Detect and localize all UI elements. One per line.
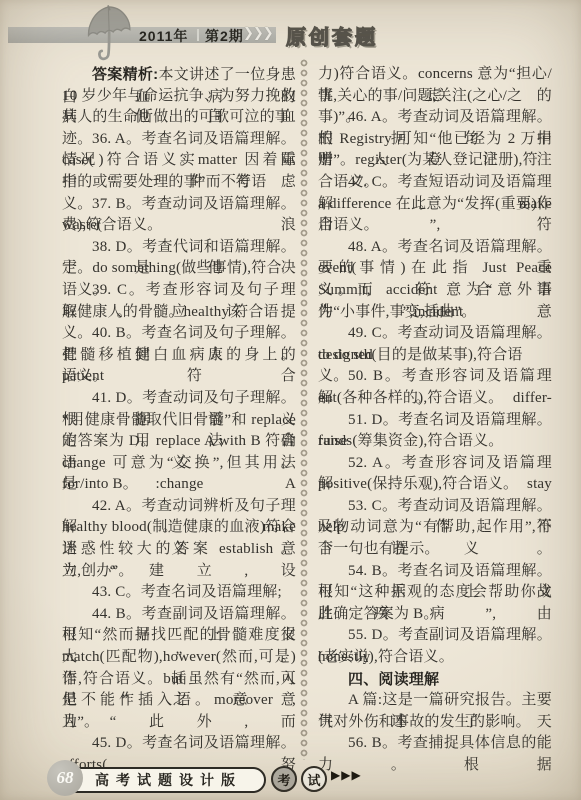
text-line: 42. A。考查动词辨析及句子理解。make — [62, 496, 296, 518]
text-line: 义。而 accident 意为“意外事件”,incident 意 — [318, 280, 552, 302]
footer-stamp-kao: 考 — [271, 766, 297, 792]
text-line: 但不能作插入语。moreover 意为“此外,而 — [62, 690, 296, 712]
right-column: 力)符合语义。concerns 意为“担心/忧虑的事,关心的事/问题,关注(之心… — [318, 64, 552, 755]
text-line: 事,关心的事/问题,关注(之心/之事)”。 — [318, 86, 552, 108]
text-line: 50. B。考查形容词及语篇理解。differ- — [318, 366, 552, 388]
text-line: 55. D。考查副词及语篇理解。honestly — [318, 625, 552, 647]
text-line: 及物动词意为“有帮助,起作用”,符合语义。 — [318, 517, 552, 539]
left-column: 答案精析:本文讲述了一位身患白血病的10 岁少年与命运抗争、为努力挽救其他白血病… — [62, 64, 296, 755]
text-line: 46. A。考查动词及语篇理解。根据句中 — [318, 107, 552, 129]
text-line: 的 Registry 可知“他已经为 2 万捐赠人登记注 — [318, 129, 552, 151]
text-line: positive(保持乐观),符合语义。 — [318, 474, 552, 496]
text-line: (老实说),符合语义。 — [318, 647, 552, 669]
footer-banner-label: 高考试题设计版 — [88, 770, 242, 790]
column-divider-ornament — [299, 58, 309, 760]
text-line: A 篇:这是一篇研究报告。主要讲述了天 — [318, 690, 552, 712]
triple-chevron-icon: ❯❯❯ — [243, 26, 273, 41]
text-line: 39. C。考查形容词及句子理解。应该提 — [62, 280, 296, 302]
text-line: 骨髓移植到白血病人的身上。patient 符合 — [62, 345, 296, 367]
header-separator — [197, 29, 199, 41]
umbrella-icon — [80, 0, 144, 65]
text-line: 答案精析:本文讲述了一位身患白血病的 — [62, 64, 296, 86]
text-line: 10 岁少年与命运抗争、为努力挽救其他白血 — [62, 86, 296, 108]
text-line: 中的或需要处理的事”而不符语义。 — [62, 172, 296, 194]
column-title: 原创套题 — [286, 21, 378, 50]
text-line: healthy blood(制造健康的血液)符合语义。 — [62, 517, 296, 539]
text-line: 53. C。考查动词及语篇理解。help 作不 — [318, 496, 552, 518]
page-number-badge: 68 — [47, 760, 83, 796]
text-line: funds(筹集资金),符合语义。 — [318, 431, 552, 453]
text-line: 41. D。考查动词及句子理解。根据语义 — [62, 388, 296, 410]
text-line: 取健康人的骨髓。healthy 符合语义。 — [62, 302, 296, 324]
text-line: 48. A。考查名词及语篇理解。event(重 — [318, 237, 552, 259]
text-line: 54. B。考查名词及语篇理解。根据上文 — [318, 561, 552, 583]
text-line: 44. B。考查副词及语篇理解。根据上文 — [62, 604, 296, 626]
text-line: 51. D。考查名词及语篇理解。raise — [318, 410, 552, 432]
text-line: 49. C。考查动词及语篇理解。designed — [318, 323, 552, 345]
text-line: 43. C。考查名词及语篇理解; — [62, 582, 296, 604]
magazine-page: 2011年 第2期 ❯❯❯ 原创套题 答案精析:本文讲述了一位身患白血病的10 … — [0, 0, 581, 800]
text-line: 册”。register(为某人登记注册),符合语义。 — [318, 150, 552, 172]
text-line: 40. B。考查名词及句子理解。把健康的 — [62, 323, 296, 345]
issue-number: 第2期 — [205, 26, 244, 46]
text-line: 情况)符合语义。matter 因着重指“一件考虑 — [62, 150, 296, 172]
text-line: 可知“这种乐观的态度会帮助你战胜疾病”,由 — [318, 582, 552, 604]
footer-banner: 高考试题设计版 — [64, 767, 266, 793]
text-line: 四、阅读理解 — [318, 669, 552, 691]
text-line: 47. C。考查短语动词及语篇理解。make — [318, 172, 552, 194]
text-line: “用健康骨髓取代旧骨髓”和 replace 的用法确 — [62, 410, 296, 432]
journal-year: 2011年 — [139, 26, 188, 46]
triple-arrow-icon: ▶▶▶ — [331, 768, 362, 782]
footer-stamp-shi: 试 — [301, 766, 327, 792]
text-line: 45. D。考查名词及语篇理解。efforts(努 — [62, 733, 296, 755]
text-line: 病人的生命所做出的可歌可泣的事迹。 — [62, 107, 296, 129]
text-line: 要的事情)在此指 Just Peace Summit,符合语 — [318, 258, 552, 280]
text-line: match(匹配物),however(然而,可是)作插入 — [62, 647, 296, 669]
text-line: 52. A。考查形容词及语篇理解。stay — [318, 453, 552, 475]
text-line: 迷惑性较大的答案 establish 意为“建立,设 — [62, 539, 296, 561]
text-line: 37. B。考查动词及语篇理解。waste(浪 — [62, 194, 296, 216]
text-line: 可知“然而寻找匹配的骨髓难度很大”。 — [62, 625, 296, 647]
text-line: change 可意为“交换”,但其用法是:change A — [62, 453, 296, 475]
text-line: 力)符合语义。concerns 意为“担心/忧虑的 — [318, 64, 552, 86]
text-line: 36. A。考查名词及语篇理解。case(实际 — [62, 129, 296, 151]
text-line: 定。do something(做些事情),符合语义。 — [62, 258, 296, 280]
text-line: 定答案为 D。replace A with B 符合语义。 — [62, 431, 296, 453]
text-line: 语,符合语义。but 虽然有“然而,可是”之意, — [62, 669, 296, 691]
text-line: 38. D。考查代词和语篇理解。于是他决 — [62, 237, 296, 259]
text-line: a difference 在此意为“发挥(重要)作用”,符 — [318, 194, 552, 216]
text-line: to do sth(目的是做某事),符合语义。 — [318, 345, 552, 367]
text-line: 56. B。考查捕捉具体信息的能力。根据 — [318, 733, 552, 755]
text-line: 气对外伤和事故的发生的影响。 — [318, 712, 552, 734]
